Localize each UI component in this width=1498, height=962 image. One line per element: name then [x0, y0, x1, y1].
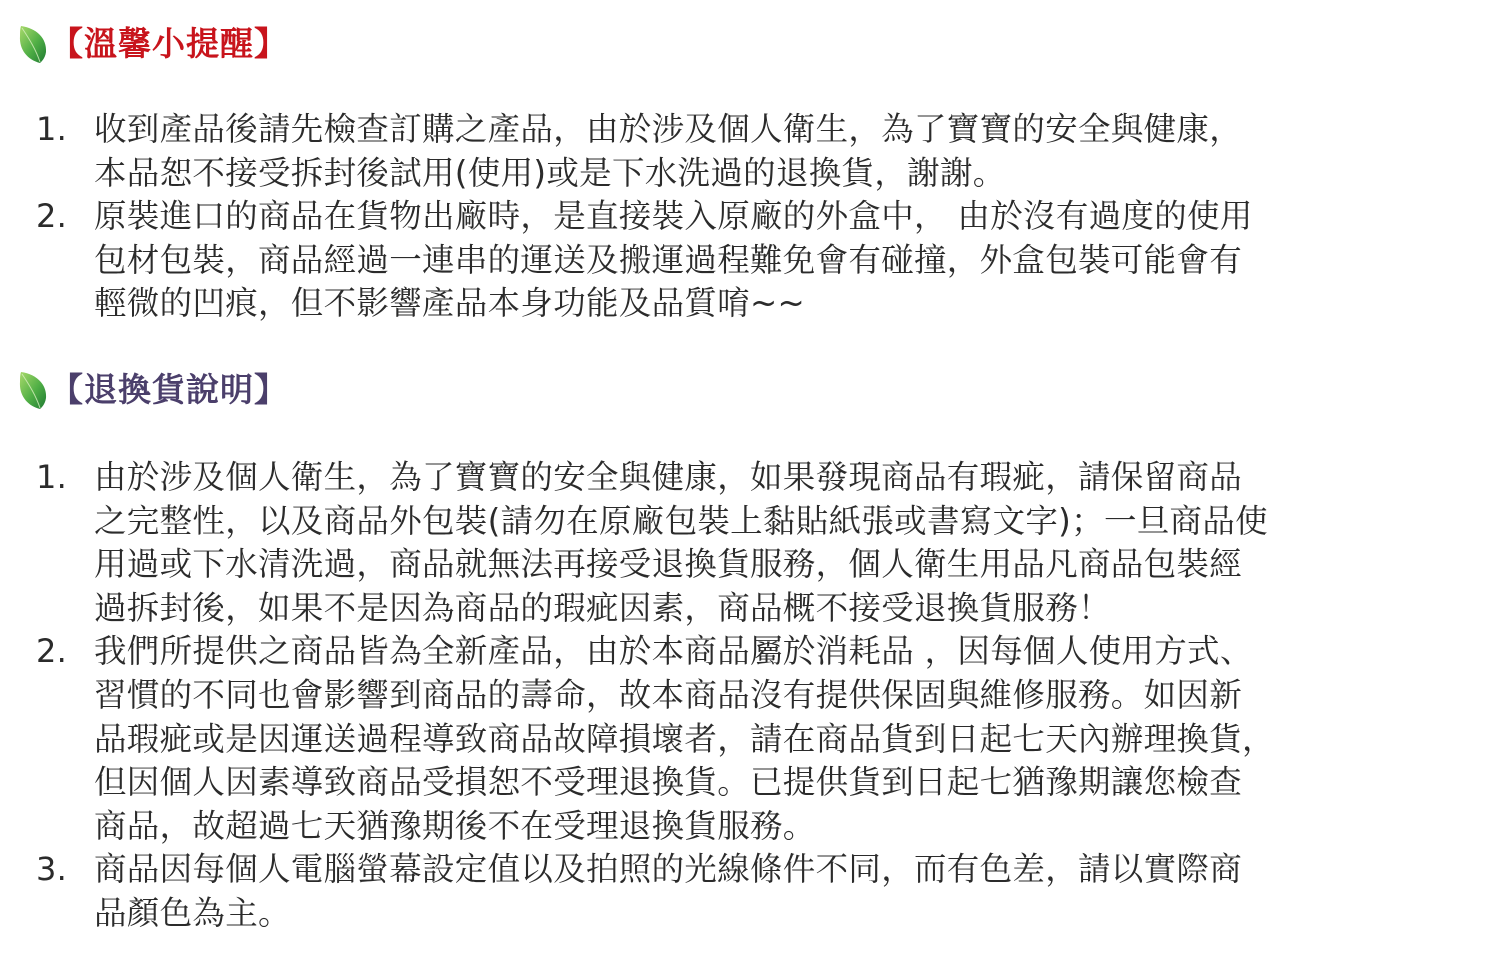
item-line: 習慣的不同也會影響到商品的壽命，故本商品沒有提供保固與維修服務。如因新: [94, 674, 1436, 718]
item-line: 過拆封後，如果不是因為商品的瑕疵因素，商品概不接受退換貨服務！: [94, 587, 1436, 631]
reminder-list: 1. 收到產品後請先檢查訂購之產品，由於涉及個人衛生，為了寶寶的安全與健康， 本…: [36, 108, 1436, 326]
item-line: 但因個人因素導致商品受損恕不受理退換貨。已提供貨到日起七猶豫期讓您檢查: [94, 761, 1436, 805]
item-line: 由於涉及個人衛生，為了寶寶的安全與健康，如果發現商品有瑕疵，請保留商品: [94, 456, 1436, 500]
item-number: 2.: [36, 630, 86, 674]
item-line: 品瑕疵或是因運送過程導致商品故障損壞者，請在商品貨到日起七天內辦理換貨，: [94, 718, 1436, 762]
item-line: 之完整性，以及商品外包裝(請勿在原廠包裝上黏貼紙張或書寫文字)；一旦商品使: [94, 500, 1436, 544]
item-number: 1.: [36, 108, 86, 152]
item-line: 商品因每個人電腦螢幕設定值以及拍照的光線條件不同，而有色差，請以實際商: [94, 848, 1436, 892]
item-line: 我們所提供之商品皆為全新產品，由於本商品屬於消耗品 ，因每個人使用方式、: [94, 630, 1436, 674]
item-number: 3.: [36, 848, 86, 892]
item-line: 包材包裝，商品經過一連串的運送及搬運過程難免會有碰撞，外盒包裝可能會有: [94, 239, 1436, 283]
item-line: 輕微的凹痕，但不影響產品本身功能及品質唷~~: [94, 282, 1436, 326]
returns-item-3: 3. 商品因每個人電腦螢幕設定值以及拍照的光線條件不同，而有色差，請以實際商 品…: [36, 848, 1436, 935]
returns-item-2: 2. 我們所提供之商品皆為全新產品，由於本商品屬於消耗品 ，因每個人使用方式、 …: [36, 630, 1436, 848]
reminder-heading: 【溫馨小提醒】: [18, 18, 288, 68]
item-line: 收到產品後請先檢查訂購之產品，由於涉及個人衛生，為了寶寶的安全與健康，: [94, 108, 1436, 152]
item-line: 原裝進口的商品在貨物出廠時，是直接裝入原廠的外盒中， 由於沒有過度的使用: [94, 195, 1436, 239]
returns-item-1: 1. 由於涉及個人衛生，為了寶寶的安全與健康，如果發現商品有瑕疵，請保留商品 之…: [36, 456, 1436, 630]
reminder-item-1: 1. 收到產品後請先檢查訂購之產品，由於涉及個人衛生，為了寶寶的安全與健康， 本…: [36, 108, 1436, 195]
item-line: 品顏色為主。: [94, 892, 1436, 936]
reminder-heading-text: 【溫馨小提醒】: [50, 27, 288, 60]
leaf-icon: [18, 22, 48, 64]
item-line: 用過或下水清洗過，商品就無法再接受退換貨服務，個人衛生用品凡商品包裝經: [94, 543, 1436, 587]
leaf-icon: [18, 368, 48, 410]
item-number: 2.: [36, 195, 86, 239]
reminder-item-2: 2. 原裝進口的商品在貨物出廠時，是直接裝入原廠的外盒中， 由於沒有過度的使用 …: [36, 195, 1436, 326]
item-number: 1.: [36, 456, 86, 500]
item-line: 商品，故超過七天猶豫期後不在受理退換貨服務。: [94, 805, 1436, 849]
returns-heading: 【退換貨說明】: [18, 364, 288, 414]
returns-list: 1. 由於涉及個人衛生，為了寶寶的安全與健康，如果發現商品有瑕疵，請保留商品 之…: [36, 456, 1436, 936]
returns-heading-text: 【退換貨說明】: [50, 373, 288, 406]
item-line: 本品恕不接受拆封後試用(使用)或是下水洗過的退換貨，謝謝。: [94, 152, 1436, 196]
